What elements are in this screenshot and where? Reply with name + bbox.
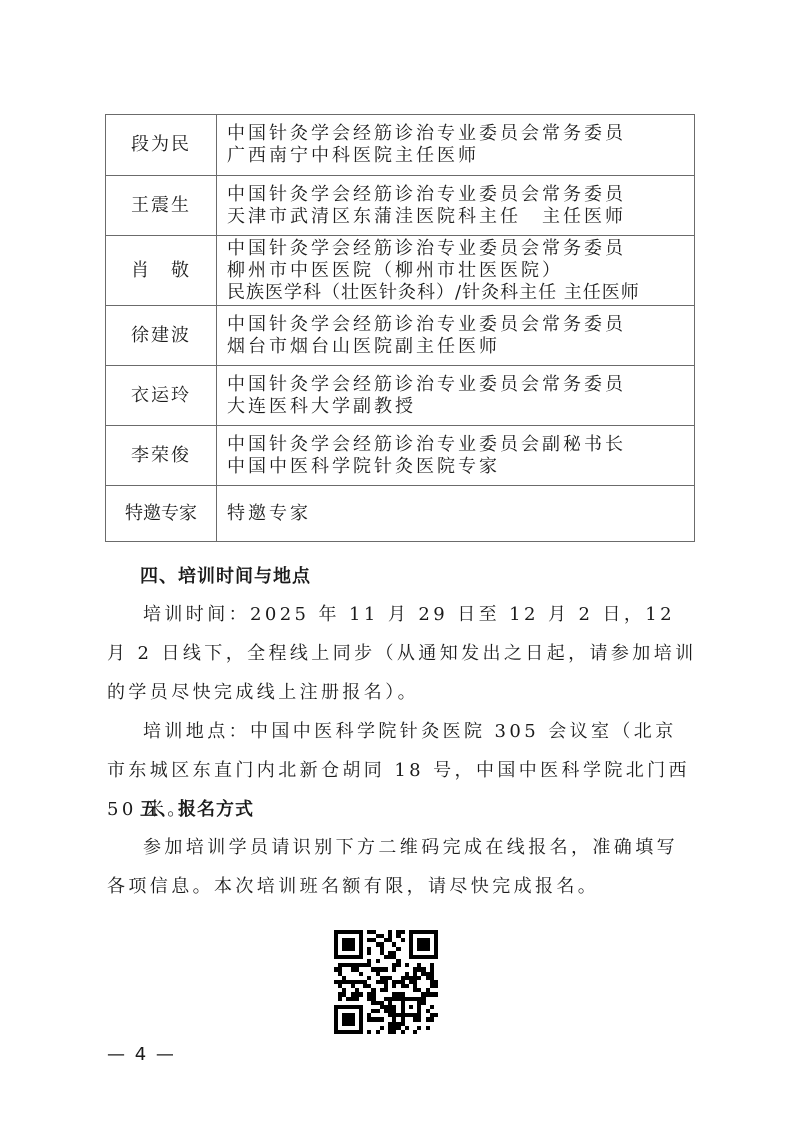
description-line: 民族医学科（壮医针灸科）/针灸科主任 主任医师 bbox=[227, 282, 694, 304]
table-row: 王震生 中国针灸学会经筋诊治专业委员会常务委员 天津市武清区东蒲洼医院科主任 主… bbox=[106, 176, 695, 236]
description-line: 中国针灸学会经筋诊治专业委员会常务委员 bbox=[227, 238, 694, 260]
description-line: 广西南宁中科医院主任医师 bbox=[227, 145, 694, 167]
table-row: 李荣俊 中国针灸学会经筋诊治专业委员会副秘书长 中国中医科学院针灸医院专家 bbox=[106, 426, 695, 486]
registration-qr-code[interactable] bbox=[334, 930, 438, 1034]
training-time-paragraph: 培训时间：2025 年 11 月 29 日至 12 月 2 日，12 月 2 日… bbox=[107, 595, 697, 712]
description-line: 大连医科大学副教授 bbox=[227, 396, 694, 418]
table-row: 衣运玲 中国针灸学会经筋诊治专业委员会常务委员 大连医科大学副教授 bbox=[106, 366, 695, 426]
expert-description: 中国针灸学会经筋诊治专业委员会常务委员 烟台市烟台山医院副主任医师 bbox=[217, 306, 695, 366]
expert-description: 中国针灸学会经筋诊治专业委员会副秘书长 中国中医科学院针灸医院专家 bbox=[217, 426, 695, 486]
expert-description: 中国针灸学会经筋诊治专业委员会常务委员 天津市武清区东蒲洼医院科主任 主任医师 bbox=[217, 176, 695, 236]
section-heading: 四、培训时间与地点 bbox=[140, 562, 311, 588]
description-line: 中国针灸学会经筋诊治专业委员会常务委员 bbox=[227, 123, 694, 145]
expert-name: 特邀专家 bbox=[106, 486, 217, 542]
expert-description: 中国针灸学会经筋诊治专业委员会常务委员 柳州市中医医院（柳州市壮医医院） 民族医… bbox=[217, 236, 695, 306]
section-heading: 五、报名方式 bbox=[140, 795, 254, 821]
experts-table: 段为民 中国针灸学会经筋诊治专业委员会常务委员 广西南宁中科医院主任医师 王震生… bbox=[105, 114, 695, 542]
document-page: 段为民 中国针灸学会经筋诊治专业委员会常务委员 广西南宁中科医院主任医师 王震生… bbox=[0, 0, 800, 1131]
expert-name: 王震生 bbox=[106, 176, 217, 236]
table-row: 段为民 中国针灸学会经筋诊治专业委员会常务委员 广西南宁中科医院主任医师 bbox=[106, 115, 695, 176]
expert-description: 特邀专家 bbox=[217, 486, 695, 542]
expert-description: 中国针灸学会经筋诊治专业委员会常务委员 大连医科大学副教授 bbox=[217, 366, 695, 426]
page-number: — 4 — bbox=[107, 1044, 176, 1065]
expert-name: 段为民 bbox=[106, 115, 217, 176]
description-line: 中国中医科学院针灸医院专家 bbox=[227, 456, 694, 478]
table-row: 徐建波 中国针灸学会经筋诊治专业委员会常务委员 烟台市烟台山医院副主任医师 bbox=[106, 306, 695, 366]
registration-paragraph: 参加培训学员请识别下方二维码完成在线报名，准确填写各项信息。本次培训班名额有限，… bbox=[107, 828, 697, 906]
description-line: 天津市武清区东蒲洼医院科主任 主任医师 bbox=[227, 206, 694, 228]
description-line: 烟台市烟台山医院副主任医师 bbox=[227, 336, 694, 358]
description-line: 中国针灸学会经筋诊治专业委员会副秘书长 bbox=[227, 434, 694, 456]
description-line: 中国针灸学会经筋诊治专业委员会常务委员 bbox=[227, 184, 694, 206]
expert-name: 徐建波 bbox=[106, 306, 217, 366]
table-row: 特邀专家 特邀专家 bbox=[106, 486, 695, 542]
description-line: 中国针灸学会经筋诊治专业委员会常务委员 bbox=[227, 374, 694, 396]
expert-name: 衣运玲 bbox=[106, 366, 217, 426]
expert-name: 李荣俊 bbox=[106, 426, 217, 486]
description-line: 中国针灸学会经筋诊治专业委员会常务委员 bbox=[227, 314, 694, 336]
table-row: 肖 敬 中国针灸学会经筋诊治专业委员会常务委员 柳州市中医医院（柳州市壮医医院）… bbox=[106, 236, 695, 306]
description-line: 特邀专家 bbox=[227, 503, 694, 525]
description-line: 柳州市中医医院（柳州市壮医医院） bbox=[227, 260, 694, 282]
expert-name: 肖 敬 bbox=[106, 236, 217, 306]
expert-description: 中国针灸学会经筋诊治专业委员会常务委员 广西南宁中科医院主任医师 bbox=[217, 115, 695, 176]
